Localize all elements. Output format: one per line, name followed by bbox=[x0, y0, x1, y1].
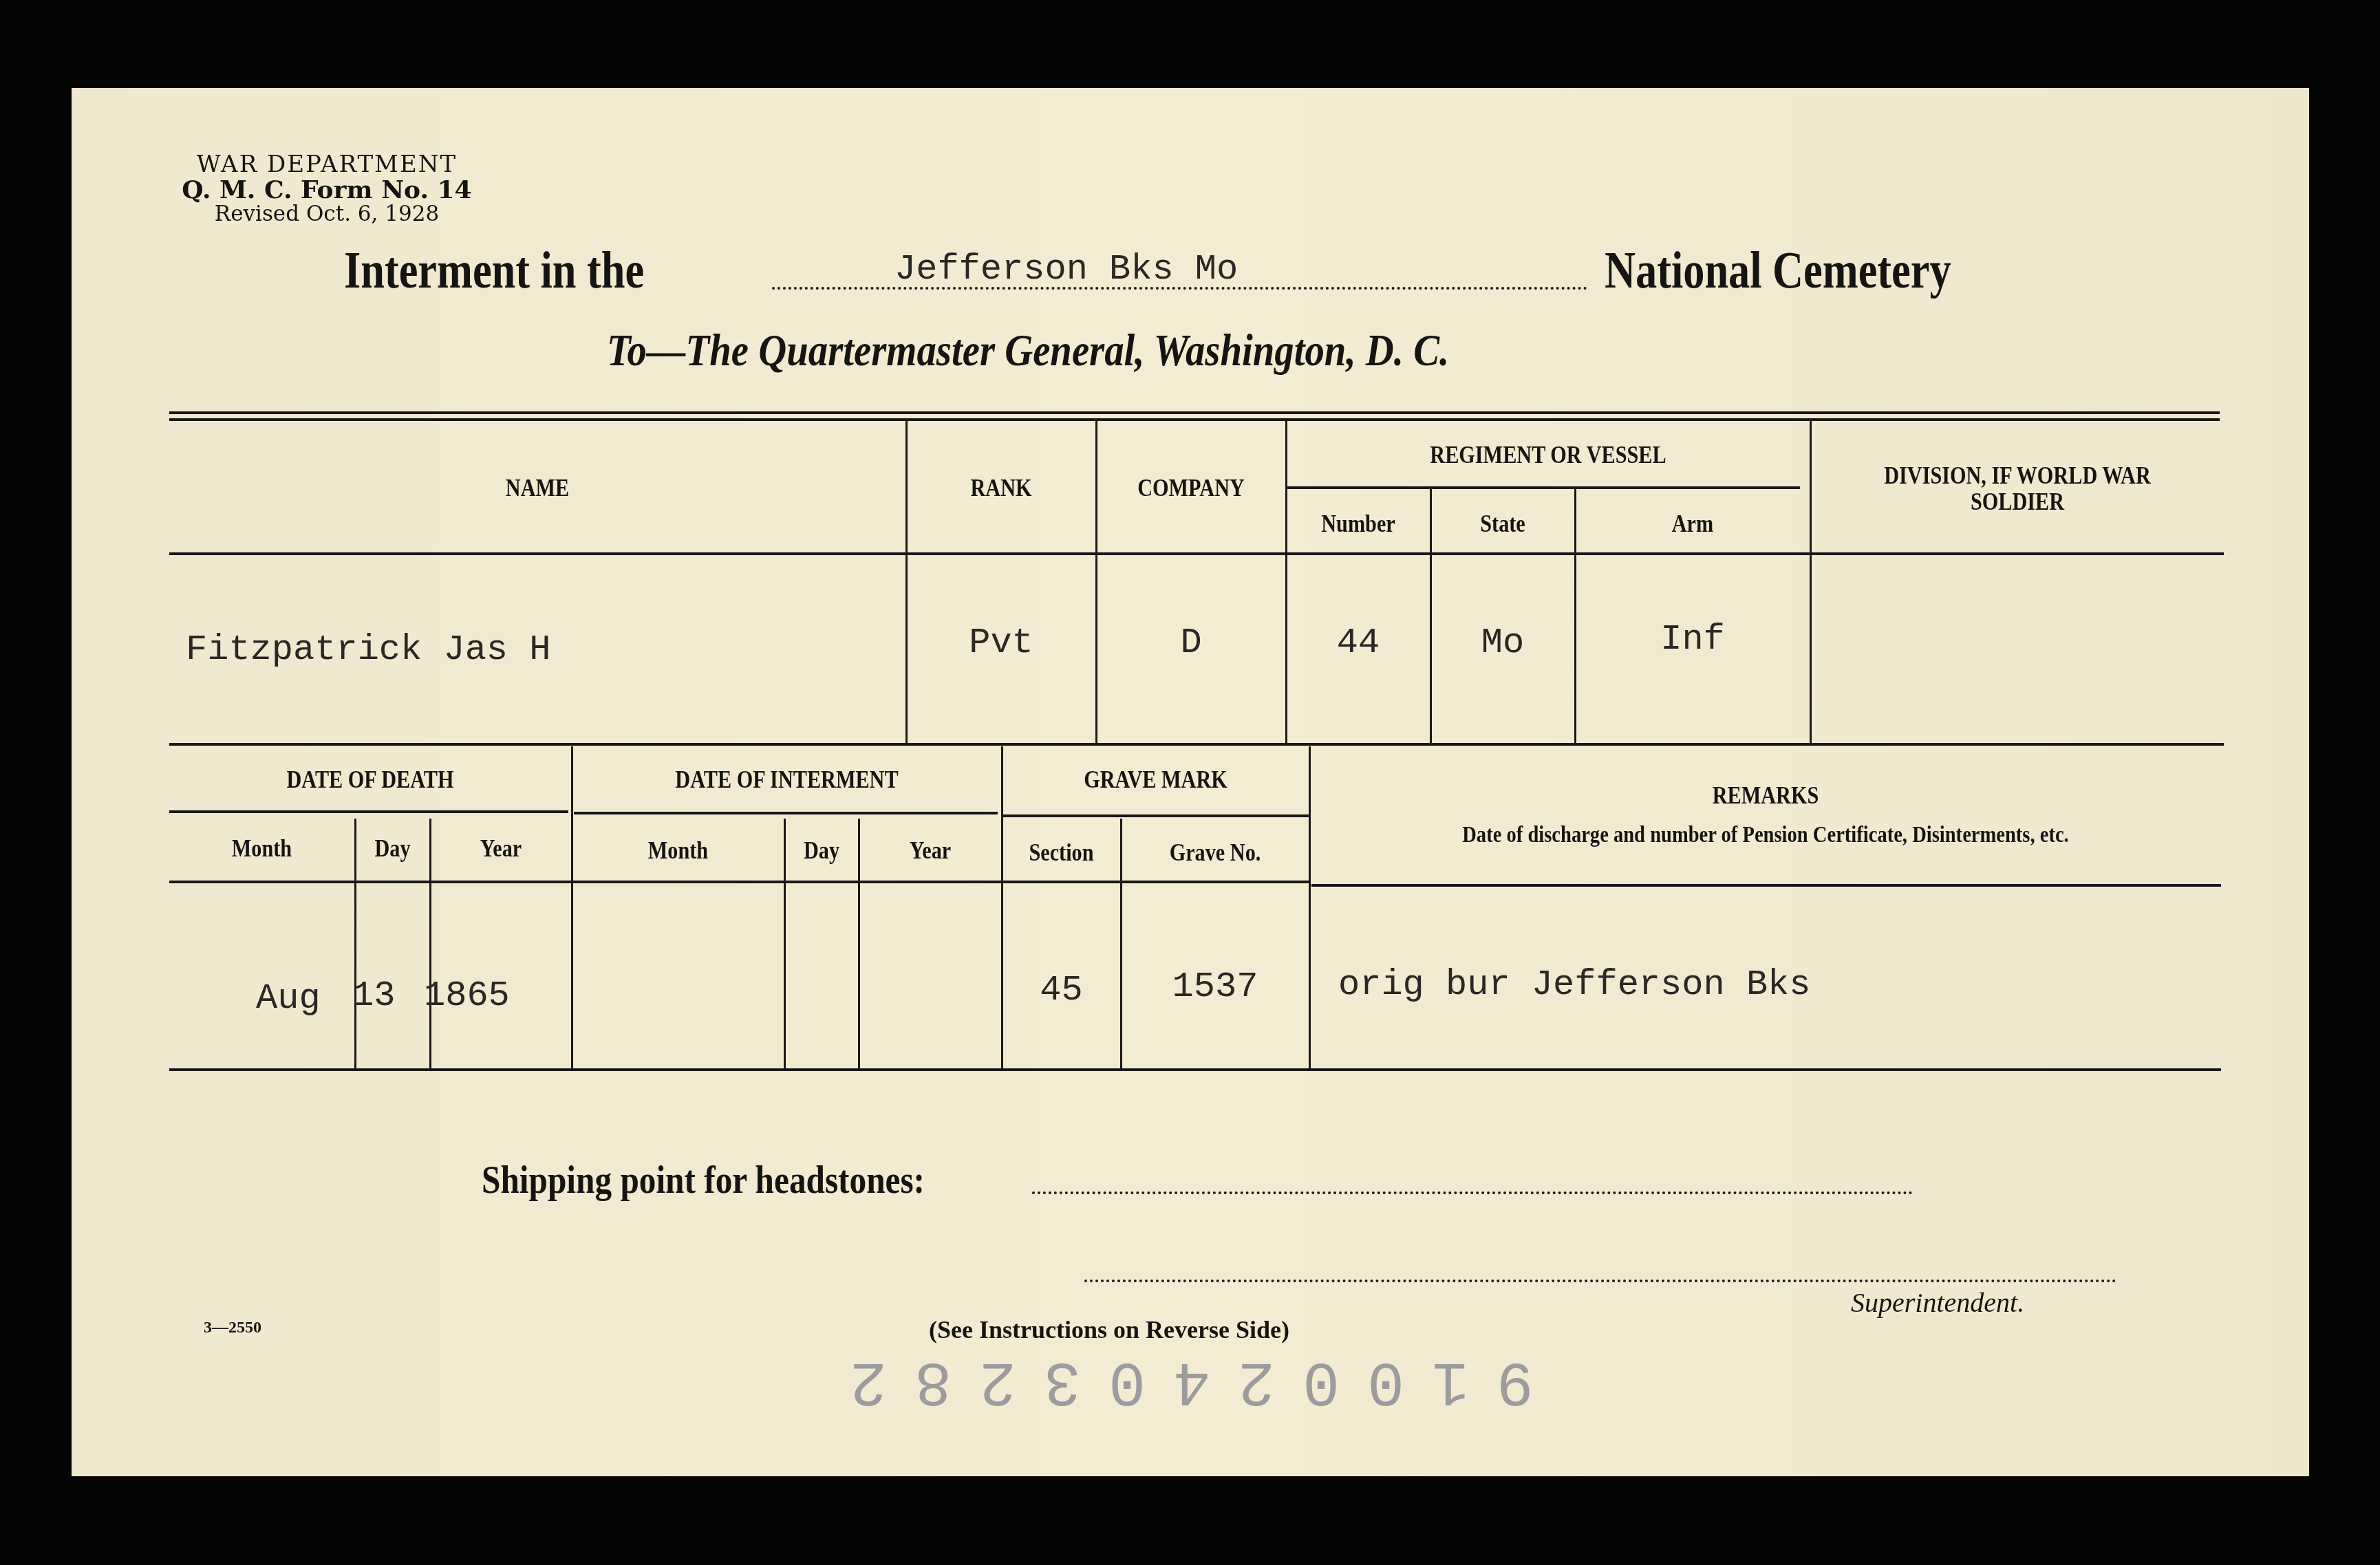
table2-bottom-rule bbox=[169, 1068, 2221, 1071]
regiment-subheader-rule bbox=[1287, 486, 1800, 489]
header-date-of-death: DATE OF DEATH bbox=[202, 765, 539, 794]
divider-grave-remarks bbox=[1309, 746, 1311, 1068]
divider-section-grave bbox=[1120, 819, 1122, 1068]
header-section: Section bbox=[1012, 838, 1111, 867]
divider-rank-company bbox=[1095, 421, 1097, 743]
form-number: Q. M. C. Form No. 14 bbox=[165, 177, 489, 204]
death-subheader-rule bbox=[169, 810, 568, 813]
header-remarks-description: Date of discharge and number of Pension … bbox=[1383, 822, 2148, 848]
divider-regiment-division bbox=[1810, 421, 1812, 743]
regiment-arm-field[interactable]: Inf bbox=[1576, 619, 1810, 660]
instructions-note: (See Instructions on Reverse Side) bbox=[929, 1315, 1289, 1344]
table1-top-rule bbox=[169, 411, 2220, 414]
rank-field[interactable]: Pvt bbox=[907, 623, 1095, 663]
header-number: Number bbox=[1298, 509, 1419, 538]
title-suffix: National Cemetery bbox=[1605, 241, 1951, 301]
cemetery-field[interactable]: Jefferson Bks Mo bbox=[894, 249, 1238, 290]
header-interment-year: Year bbox=[870, 836, 989, 865]
divider-interment-grave bbox=[1001, 746, 1003, 1068]
revised-date: Revised Oct. 6, 1928 bbox=[165, 203, 489, 226]
death-month-field[interactable]: Aug bbox=[256, 978, 321, 1019]
subtitle: To—The Quartermaster General, Washington… bbox=[607, 325, 1449, 377]
company-field[interactable]: D bbox=[1097, 623, 1285, 663]
table1-bottom-rule bbox=[169, 743, 2224, 746]
header-regiment-or-vessel: REGIMENT OR VESSEL bbox=[1329, 440, 1768, 469]
header-interment-day: Day bbox=[791, 836, 852, 865]
header-remarks: REMARKS bbox=[1383, 781, 2148, 810]
header-grave-mark: GRAVE MARK bbox=[1027, 765, 1285, 794]
header-death-year: Year bbox=[442, 834, 559, 863]
header-name: NAME bbox=[228, 473, 847, 502]
divider-name-rank bbox=[905, 421, 908, 743]
grave-no-field[interactable]: 1537 bbox=[1122, 967, 1309, 1007]
superintendent-label: Superintendent. bbox=[1851, 1286, 2024, 1319]
header-arm: Arm bbox=[1594, 509, 1791, 538]
name-field[interactable]: Fitzpatrick Jas H bbox=[186, 629, 551, 670]
death-day-field[interactable]: 13 bbox=[352, 975, 395, 1016]
interment-subheader-rule bbox=[574, 812, 998, 814]
header-state: State bbox=[1443, 509, 1563, 538]
table2-header-rule bbox=[169, 881, 1309, 883]
shipping-point-label: Shipping point for headstones: bbox=[482, 1158, 925, 1202]
header-date-of-interment: DATE OF INTERMENT bbox=[607, 765, 967, 794]
table1-header-rule bbox=[169, 552, 2224, 555]
header-rank: RANK bbox=[922, 473, 1080, 502]
divider-interment-day-year bbox=[858, 819, 860, 1068]
header-death-month: Month bbox=[184, 834, 340, 863]
department-label: WAR DEPARTMENT bbox=[165, 153, 489, 177]
form-header: WAR DEPARTMENT Q. M. C. Form No. 14 Revi… bbox=[165, 153, 489, 226]
divider-interment-month-day bbox=[784, 819, 786, 1068]
table1-top-rule-2 bbox=[169, 418, 2220, 421]
remarks-header-rule bbox=[1311, 884, 2221, 887]
header-death-day: Day bbox=[362, 834, 424, 863]
divider-state-arm bbox=[1574, 488, 1576, 743]
regiment-state-field[interactable]: Mo bbox=[1431, 623, 1574, 663]
death-year-field[interactable]: 1865 bbox=[424, 975, 510, 1016]
stamped-serial-number: 91002403282 bbox=[822, 1345, 1534, 1415]
print-code: 3—2550 bbox=[204, 1319, 261, 1337]
remarks-field[interactable]: orig bur Jefferson Bks bbox=[1338, 964, 1811, 1005]
header-division: DIVISION, IF WORLD WAR bbox=[1844, 461, 2191, 490]
shipping-point-field[interactable] bbox=[1032, 1189, 1913, 1194]
divider-death-interment bbox=[571, 746, 573, 1068]
header-interment-month: Month bbox=[590, 836, 767, 865]
divider-company-regiment bbox=[1285, 421, 1287, 743]
grave-subheader-rule bbox=[1003, 814, 1309, 817]
regiment-number-field[interactable]: 44 bbox=[1287, 623, 1430, 663]
divider-number-state bbox=[1430, 488, 1432, 743]
superintendent-signature-field[interactable] bbox=[1084, 1277, 2116, 1282]
header-division-line2: SOLDIER bbox=[1844, 487, 2191, 516]
header-company: COMPANY bbox=[1112, 473, 1270, 502]
section-field[interactable]: 45 bbox=[1003, 970, 1120, 1011]
divider-death-month-day bbox=[354, 819, 356, 1068]
header-grave-no: Grave No. bbox=[1137, 838, 1294, 867]
title-prefix: Interment in the bbox=[344, 241, 644, 301]
divider-death-day-year bbox=[429, 819, 431, 1068]
